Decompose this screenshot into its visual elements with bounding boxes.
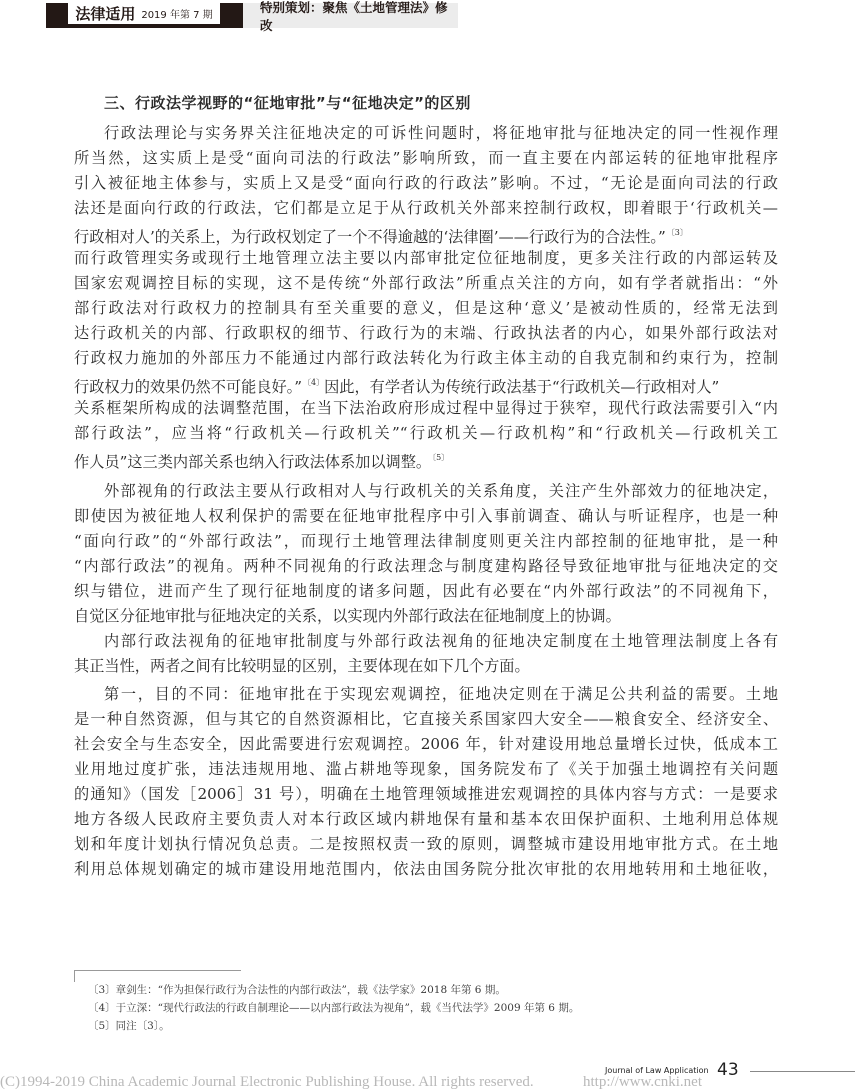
body-line: 行政法理论与实务界关注征地决定的可诉性问题时，将征地审批与征地决定的同一性视作理 [104, 122, 778, 144]
body-line: 第一，目的不同：征地审批在于实现宏观调控，征地决定则在于满足公共利益的需要。土地 [104, 683, 778, 705]
header-column-title: 特别策划：聚焦《土地管理法》修改 [260, 3, 450, 28]
body-line: 部行政法”，应当将“行政机关—行政机关”“行政机关—行政机构”和“行政机关—行政… [74, 422, 778, 444]
body-text: 作人员”这三类内部关系也纳入行政法体系加以调整。 [74, 453, 431, 471]
body-line: 作人员”这三类内部关系也纳入行政法体系加以调整。〔5〕 [74, 447, 778, 473]
body-line: 社会安全与生态安全，因此需要进行宏观调控。2006 年，针对建设用地总量增长过快… [74, 733, 778, 755]
footnote-divider [74, 970, 241, 971]
body-line: 外部视角的行政法主要从行政相对人与行政机关的关系角度，关注产生外部效力的征地决定… [104, 480, 778, 502]
journal-issue: 2019 年第 7 期 [141, 6, 212, 21]
body-line: 国家宏观调控目标的实现，这不是传统“外部行政法”所重点关注的方向，如有学者就指出… [74, 272, 778, 294]
body-line: 关系框架所构成的法调整范围，在当下法治政府形成过程中显得过于狭窄，现代行政法需要… [74, 397, 778, 419]
body-line: 法还是面向行政的行政法，它们都是立足于从行政机关外部来控制行政权，即着眼于‘行政… [74, 197, 778, 219]
body-line: 行政权力施加的外部压力不能通过内部行政法转化为行政主体主动的自我克制和约束行为，… [74, 347, 778, 369]
body-text: 行政相对人’的关系上，为行政权划定了一个不得逾越的‘法律圈’——行政行为的合法性… [74, 228, 666, 246]
body-line: 而行政管理实务或现行土地管理立法主要以内部审批定位征地制度，更多关注行政的内部运… [74, 247, 778, 269]
footnote-5: 〔5〕同注〔3〕。 [88, 1018, 170, 1034]
page-number: 43 [717, 1060, 739, 1080]
body-line: 其正当性，两者之间有比较明显的区别，主要体现在如下几个方面。 [74, 655, 778, 677]
body-line: 行政相对人’的关系上，为行政权划定了一个不得逾越的‘法律圈’——行政行为的合法性… [74, 222, 778, 248]
body-line: 引入被征地主体参与，实质上又是受“面向行政的行政法”影响。不过，“无论是面向司法… [74, 172, 778, 194]
footer-rule [750, 1071, 855, 1072]
body-line: 自觉区分征地审批与征地决定的关系，以实现内外部行政法在征地制度上的协调。 [74, 605, 778, 627]
footnote-4: 〔4〕于立深：“现代行政法的行政自制理论——以内部行政法为视角”，载《当代法学》… [88, 1000, 579, 1016]
body-line: 部行政法对行政权力的控制具有至关重要的意义，但是这种‘意义’是被动性质的，经常无… [74, 297, 778, 319]
body-line: 行政权力的效果仍然不可能良好。”〔4〕因此，有学者认为传统行政法基于“行政机关—… [74, 372, 778, 398]
body-text: 行政权力的效果仍然不可能良好。” [74, 378, 302, 396]
body-line: 的通知》（国发［2006］31 号），明确在土地管理领域推进宏观调控的具体内容与… [74, 783, 778, 805]
body-line: “内部行政法”的视角。两种不同视角的行政法理念与制度建构路径导致征地审批与征地决… [74, 555, 778, 577]
body-line: 织与错位，进而产生了现行征地制度的诸多问题，因此有必要在“内外部行政法”的不同视… [74, 580, 778, 602]
footnote-divider-tick [74, 970, 75, 982]
header-journal-box: 法律适用 2019 年第 7 期 [68, 3, 220, 24]
footnote-ref-3[interactable]: 〔3〕 [667, 228, 688, 237]
body-line: 是一种自然资源，但与其它的自然资源相比，它直接关系国家四大安全——粮食安全、经济… [74, 708, 778, 730]
journal-name: 法律适用 [75, 3, 135, 24]
body-line: 业用地过度扩张，违法违规用地、滥占耕地等现象，国务院发布了《关于加强土地调控有关… [74, 758, 778, 780]
body-text: 土地 [746, 685, 778, 703]
body-line: 划和年度计划执行情况负总责。二是按照权责一致的原则，调整城市建设用地审批方式。在… [74, 833, 778, 855]
body-line: 达行政机关的内部、行政职权的细节、行政行为的末端、行政执法者的内心，如果外部行政… [74, 322, 778, 344]
copyright-notice: (C)1994-2019 China Academic Journal Elec… [0, 1074, 534, 1091]
point-heading: 第一，目的不同：征地审批在于实现宏观调控，征地决定则在于满足公共利益的需要。 [104, 685, 746, 703]
body-line: 所当然，这实质上是受“面向司法的行政法”影响所致，而一直主要在内部运转的征地审批… [74, 147, 778, 169]
footnote-3: 〔3〕章剑生：“作为担保行政行为合法性的内部行政法”，载《法学家》2018 年第… [88, 982, 506, 998]
body-text: 因此，有学者认为传统行政法基于“行政机关—行政相对人” [324, 378, 719, 396]
body-line: 内部行政法视角的征地审批制度与外部行政法视角的征地决定制度在土地管理法制度上各有 [104, 630, 778, 652]
cnki-url[interactable]: http://www.cnki.net [583, 1074, 702, 1091]
body-line: 即使因为被征地人权利保护的需要在征地审批程序中引入事前调查、确认与听证程序，也是… [74, 505, 778, 527]
body-line: 利用总体规划确定的城市建设用地范围内，依法由国务院分批次审批的农用地转用和土地征… [74, 858, 778, 880]
footnote-ref-4[interactable]: 〔4〕 [303, 378, 324, 387]
footnote-ref-5[interactable]: 〔5〕 [432, 453, 449, 462]
body-line: “面向行政”的“外部行政法”，而现行土地管理法律制度则更关注内部控制的征地审批，… [74, 530, 778, 552]
section-title: 三、行政法学视野的“征地审批”与“征地决定”的区别 [104, 92, 471, 113]
body-line: 地方各级人民政府主要负责人对本行政区域内耕地保有量和基本农田保护面积、土地利用总… [74, 808, 778, 830]
